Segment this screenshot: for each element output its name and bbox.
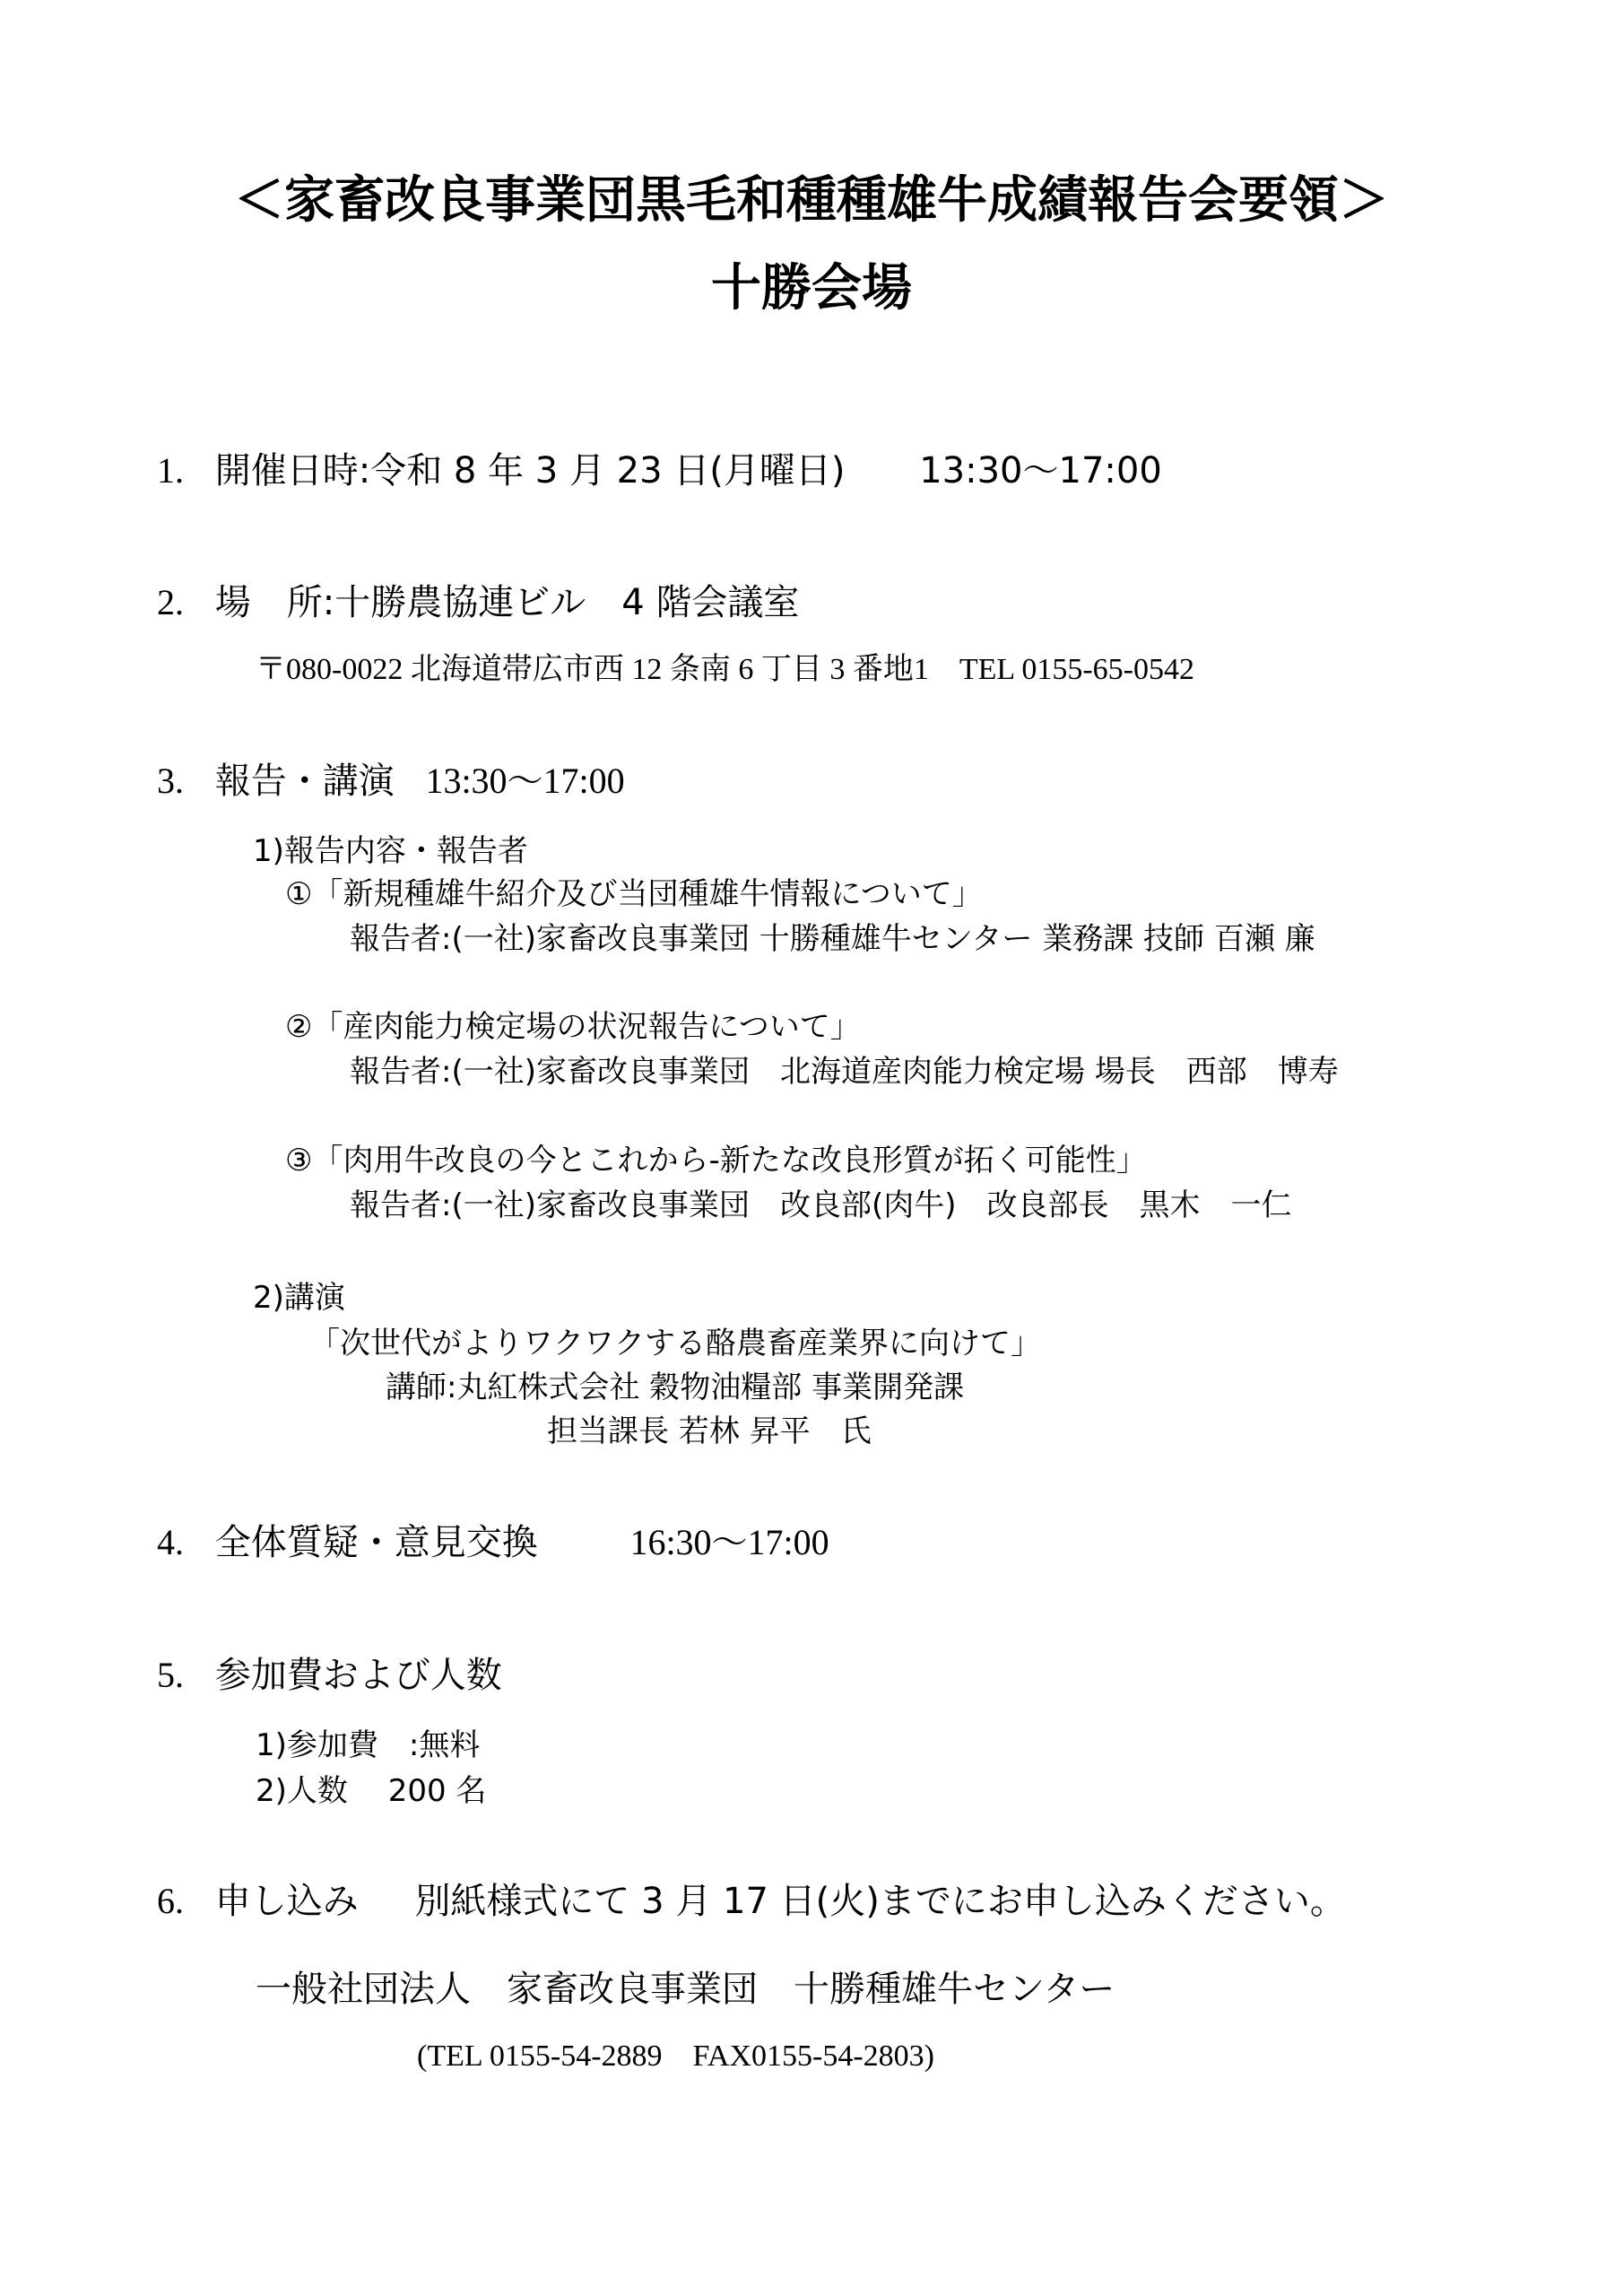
venue-subtitle: 十勝会場 — [0, 264, 1623, 314]
section-label: 場 所:十勝農協連ビル 4 階会議室 — [215, 582, 800, 623]
section-time: 16:30～17:00 — [629, 1522, 829, 1562]
document-title: ＜家畜改良事業団黒毛和種種雄牛成績報告会要領＞ — [0, 176, 1623, 226]
lecturer-affiliation: 講師:丸紅株式会社 穀物油糧部 事業開発課 — [386, 1372, 964, 1403]
section-number: 5. — [157, 1655, 184, 1695]
section-number: 4. — [157, 1522, 184, 1562]
section-5: 5. 参加費および人数 — [157, 1657, 502, 1693]
report-title: ②「産肉能力検定場の状況報告について」 — [285, 1012, 861, 1042]
reporter: 報告者:(一社)家畜改良事業団 十勝種雄牛センター 業務課 技師 百瀬 廉 — [350, 924, 1315, 954]
subsection-heading: 2)講演 — [253, 1283, 345, 1313]
contact-phone-fax: (TEL 0155-54-2889 FAX0155-54-2803) — [417, 2041, 934, 2072]
section-number: 1. — [157, 450, 184, 491]
section-1: 1. 開催日時:令和 8 年 3 月 23 日(月曜日) 13:30～17:00 — [157, 453, 1162, 489]
section-6: 6. 申し込み 別紙様式にて 3 月 17 日(火)までにお申し込みください。 — [157, 1883, 1346, 1919]
report-title: ①「新規種雄牛紹介及び当団種雄牛情報について」 — [285, 879, 983, 909]
section-4: 4. 全体質疑・意見交換 16:30～17:00 — [157, 1525, 829, 1561]
section-number: 3. — [157, 761, 184, 801]
report-title: ③「肉用牛改良の今とこれから-新たな改良形質が拓く可能性」 — [285, 1145, 1147, 1176]
section-2: 2. 場 所:十勝農協連ビル 4 階会議室 — [157, 585, 799, 621]
section-3: 3. 報告・講演 13:30～17:00 — [157, 763, 625, 799]
section-label: 開催日時:令和 8 年 3 月 23 日(月曜日) — [215, 450, 846, 491]
section-label: 報告・講演 — [215, 761, 395, 802]
lecture-title: 「次世代がよりワクワクする酪農畜産業界に向けて」 — [309, 1328, 1041, 1359]
section-number: 2. — [157, 582, 184, 622]
contact-organization: 一般社団法人 家畜改良事業団 十勝種雄牛センター — [256, 1971, 1115, 2007]
section-number: 6. — [157, 1881, 184, 1921]
section-time: 13:30～17:00 — [425, 761, 624, 801]
section-label: 全体質疑・意見交換 — [215, 1522, 538, 1563]
section-time: 13:30～17:00 — [919, 450, 1162, 491]
venue-address: 〒080-0022 北海道帯広市西 12 条南 6 丁目 3 番地1 TEL 0… — [256, 655, 1194, 685]
reporter: 報告者:(一社)家畜改良事業団 北海道産肉能力検定場 場長 西部 博寿 — [350, 1057, 1339, 1087]
lecturer-name: 担当課長 若林 昇平 氏 — [547, 1416, 872, 1447]
reporter: 報告者:(一社)家畜改良事業団 改良部(肉牛) 改良部長 黒木 一仁 — [350, 1190, 1292, 1221]
subsection-heading: 1)報告内容・報告者 — [253, 836, 528, 866]
participation-fee: 1)参加費 :無料 — [256, 1730, 480, 1761]
participant-count: 2)人数 200 名 — [256, 1776, 486, 1806]
section-label: 参加費および人数 — [215, 1655, 502, 1696]
section-label: 申し込み — [215, 1881, 359, 1922]
application-text: 別紙様式にて 3 月 17 日(火)までにお申し込みください。 — [414, 1881, 1345, 1922]
